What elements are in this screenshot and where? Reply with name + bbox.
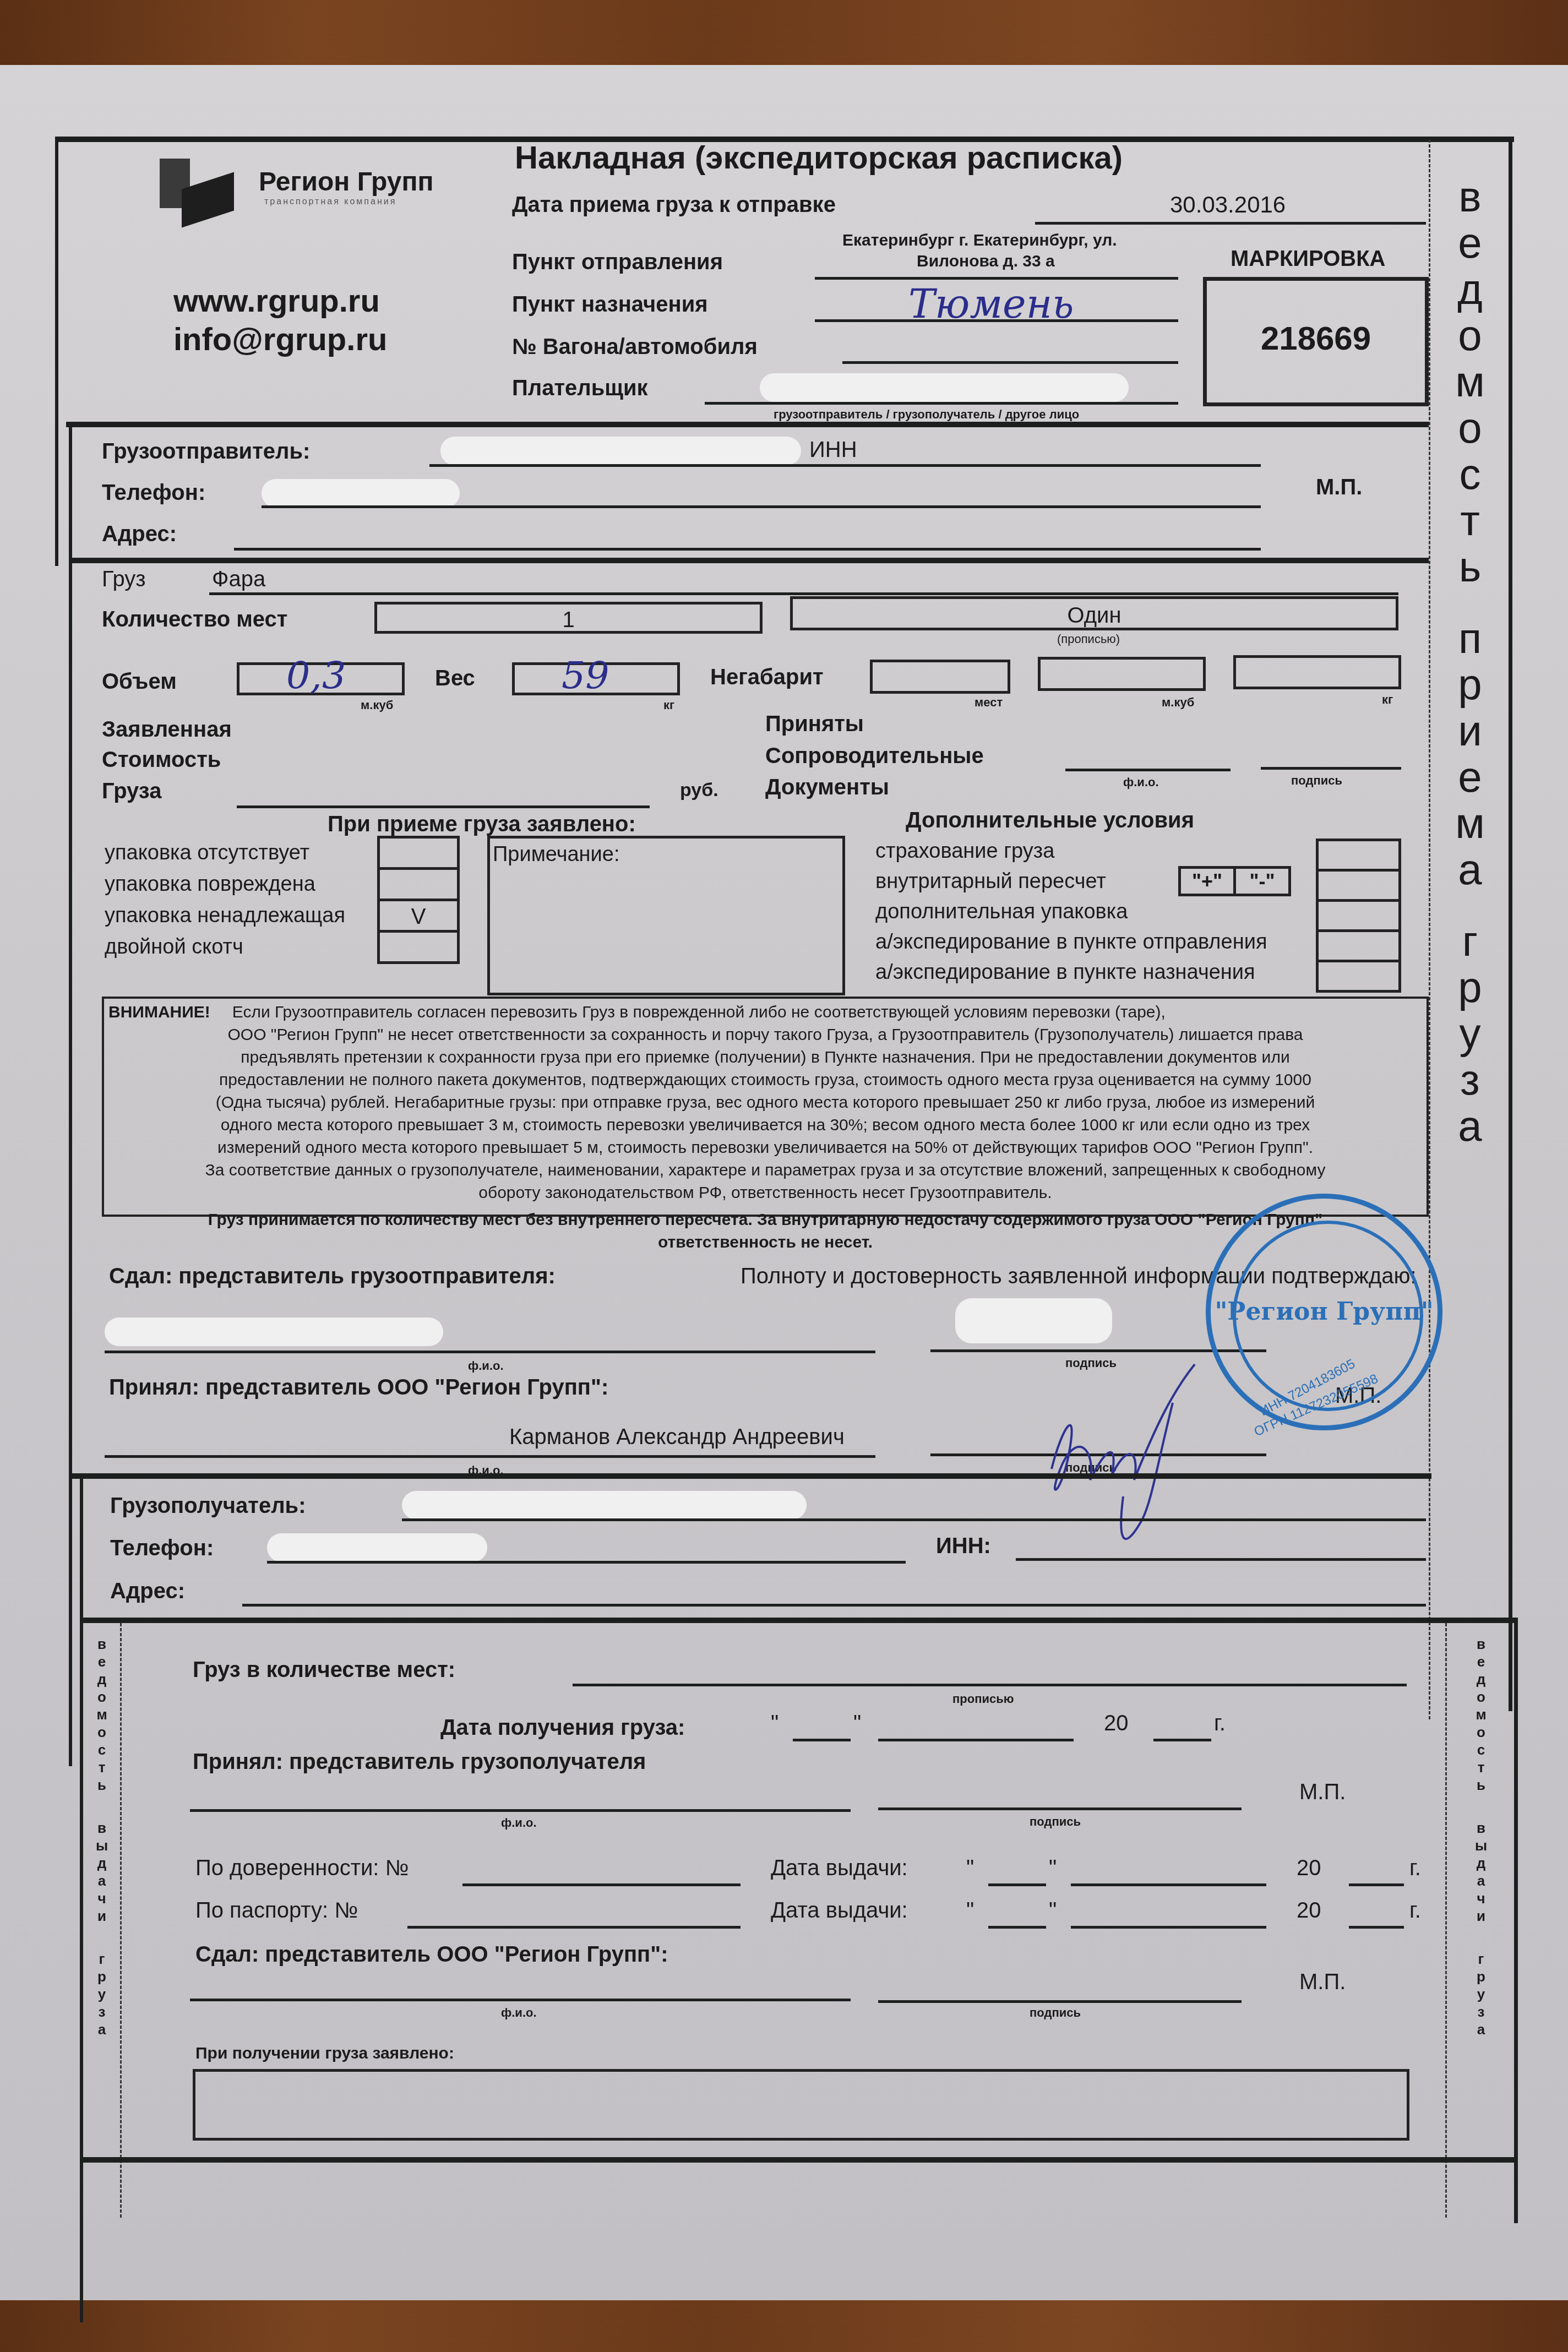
destination-label: Пункт назначения: [512, 292, 708, 317]
delivery-date-quote-close: ": [853, 1711, 861, 1736]
side-label-letter: е: [1477, 1654, 1485, 1669]
origin-value-line2: Вилонова д. 33 а: [917, 252, 1055, 271]
docs-fio-hint: ф.и.о.: [1123, 775, 1159, 790]
notice-bold-line: Груз принимается по количеству мест без …: [108, 1208, 1422, 1231]
issue-doc-label: По паспорту: №: [195, 1898, 358, 1923]
declared-value-label-2: Стоимость: [102, 748, 221, 772]
extra-item-checkbox[interactable]: [1316, 960, 1401, 993]
sender-inn-label: ИНН: [809, 438, 857, 462]
notice-line: ООО "Регион Групп" не несет ответственно…: [108, 1023, 1422, 1046]
marking-value: 218669: [1207, 319, 1425, 357]
oversize-unit-weight: кг: [1382, 693, 1393, 707]
extra-item-label: а/экспедирование в пункте отправления: [875, 930, 1267, 954]
side-label-letter: о: [1458, 314, 1482, 357]
side-label-letter: ь: [97, 1778, 106, 1792]
delivery-handed-sign-hint: подпись: [1030, 2006, 1081, 2020]
delivery-year-suffix: г.: [1214, 1711, 1226, 1736]
side-label-letter: д: [97, 1672, 107, 1686]
receiver-phone-redacted: [267, 1533, 487, 1562]
docs-signature-underline: [1261, 767, 1401, 770]
side-label-letter: ч: [97, 1891, 106, 1905]
tear-line-right: [1429, 139, 1430, 1719]
payer-underline: [705, 402, 1178, 405]
side-label-letter: в: [1477, 1637, 1485, 1651]
notice-line: одного места которого превышает 3 м, сто…: [108, 1114, 1422, 1136]
sender-address-underline: [234, 548, 1261, 551]
weight-value: 59: [562, 654, 609, 698]
oversize-unit-volume: м.куб: [1162, 695, 1194, 710]
notice-line: предоставлении не полного пакета докумен…: [108, 1069, 1422, 1091]
delivery-day-underline: [793, 1739, 851, 1741]
delivery-accepted-label: Принял: представитель грузополучателя: [193, 1750, 646, 1774]
delivery-handed-fio-hint: ф.и.о.: [501, 2006, 537, 2020]
issue-date-label: Дата выдачи:: [771, 1898, 908, 1923]
currency-label: руб.: [680, 780, 718, 801]
cargo-value: Фара: [212, 567, 265, 592]
side-label-letter: у: [98, 1987, 106, 2001]
notice-heading: ВНИМАНИЕ!: [108, 1003, 210, 1021]
delivery-month-underline: [878, 1739, 1074, 1741]
frame-right-lower: [1514, 1618, 1518, 2223]
issue-day-underline: [988, 1926, 1046, 1929]
side-label-letter: и: [97, 1909, 106, 1923]
cargo-underline: [209, 592, 1398, 595]
side-label-letter: о: [97, 1690, 106, 1704]
places-count-value: 1: [377, 608, 760, 633]
extra-item-checkbox[interactable]: [1316, 839, 1401, 872]
side-label-receipt: ведомостьприемагруза: [1440, 175, 1500, 1147]
side-label-letter: г: [1462, 919, 1478, 962]
side-label-letter: р: [1458, 966, 1482, 1009]
issue-year-prefix: 20: [1297, 1898, 1321, 1923]
issue-doc-label: По доверенности: №: [195, 1856, 409, 1881]
frame-bottom: [80, 2157, 1518, 2163]
extra-item-label: страхование груза: [875, 840, 1054, 863]
side-label-letter: ы: [96, 1838, 108, 1853]
issue-year-underline: [1349, 1883, 1404, 1886]
side-label-letter: у: [1477, 1987, 1485, 2001]
places-words-value: Один: [793, 603, 1396, 628]
side-label-letter: в: [97, 1637, 106, 1651]
stamp-center-text: "Регион Групп": [1211, 1298, 1438, 1326]
docs-signature-hint: подпись: [1291, 774, 1342, 788]
notice-line: предъявлять претензии к сохранности груз…: [108, 1046, 1422, 1069]
declared-item-checkbox[interactable]: V: [377, 899, 460, 933]
side-label-letter: а: [1458, 848, 1482, 891]
delivery-places-hint: прописью: [952, 1692, 1014, 1706]
extra-item-checkbox[interactable]: [1316, 869, 1401, 902]
side-label-letter: у: [1460, 1012, 1481, 1055]
side-label-letter: а: [98, 2022, 106, 2037]
side-label-letter: з: [1460, 1058, 1480, 1101]
side-label-letter: с: [98, 1743, 106, 1757]
side-label-letter: о: [97, 1725, 106, 1739]
weight-field[interactable]: 59: [512, 662, 680, 695]
declared-value-label-1: Заявленная: [102, 717, 232, 742]
notice-line: ВНИМАНИЕ!Если Грузоотправитель согласен …: [108, 1001, 1422, 1023]
volume-label: Объем: [102, 669, 177, 694]
side-label-letter: г: [99, 1952, 105, 1966]
side-label-issue-left: ведомостьвыдачигруза: [88, 1637, 116, 2037]
side-label-letter: з: [1478, 2005, 1485, 2019]
sender-stamp-place: М.П.: [1316, 475, 1362, 500]
declared-item-mark: V: [380, 905, 457, 929]
notice-line: (Одна тысяча) рублей. Негабаритные грузы…: [108, 1091, 1422, 1114]
delivery-accepted-fio-underline: [190, 1809, 851, 1812]
origin-underline: [815, 277, 1178, 280]
issue-doc-underline: [407, 1926, 741, 1929]
note-field[interactable]: Примечание:: [487, 836, 845, 995]
side-label-letter: р: [1477, 1969, 1485, 1984]
side-label-letter: р: [97, 1969, 106, 1984]
side-label-letter: е: [1458, 755, 1482, 798]
notice-text: ВНИМАНИЕ!Если Грузоотправитель согласен …: [108, 1001, 1422, 1254]
volume-unit: м.куб: [361, 698, 393, 712]
side-label-letter: т: [99, 1760, 106, 1774]
side-label-letter: т: [1478, 1760, 1485, 1774]
notice-line: обороту законодательством РФ, ответствен…: [108, 1182, 1422, 1204]
side-label-letter: с: [1460, 453, 1481, 496]
delivery-places-underline: [573, 1684, 1407, 1686]
places-count-field[interactable]: 1: [374, 602, 763, 634]
recount-plus: "+": [1181, 870, 1233, 893]
delivery-year-underline: [1153, 1739, 1211, 1741]
side-label-letter: е: [98, 1654, 106, 1669]
payer-label: Плательщик: [512, 376, 648, 401]
delivery-date-quote-open: ": [771, 1711, 778, 1736]
tear-line-left: [120, 1623, 122, 2218]
recount-minus-box[interactable]: "-": [1233, 866, 1291, 896]
issue-quote-close: ": [1049, 1856, 1057, 1881]
places-words-field[interactable]: Один: [790, 596, 1398, 630]
docs-fio-underline: [1065, 769, 1231, 771]
company-stamp: "Регион Групп" ИНН 7204183605 ОГРН 11272…: [1206, 1194, 1442, 1430]
side-label-letter: ы: [1475, 1838, 1487, 1853]
declared-item-label: упаковка отсутствует: [105, 841, 309, 865]
tear-line-right-lower: [1445, 1623, 1447, 2218]
extra-title: Дополнительные условия: [906, 808, 1194, 833]
delivery-handed-sign-underline: [878, 2000, 1242, 2003]
side-label-letter: а: [98, 1874, 106, 1888]
issue-quote-open: ": [966, 1898, 974, 1923]
issue-month-underline: [1071, 1926, 1266, 1929]
extra-item-label: внутритарный пересчет: [875, 870, 1106, 894]
side-label-letter: в: [97, 1821, 106, 1835]
sender-label: Грузоотправитель:: [102, 439, 310, 464]
receiver-inn-label: ИНН:: [936, 1534, 991, 1559]
issue-year-prefix: 20: [1297, 1856, 1321, 1881]
side-label-letter: ь: [1459, 545, 1482, 588]
receiver-address-underline: [242, 1604, 1426, 1607]
vehicle-underline: [842, 361, 1178, 364]
oversize-label: Негабарит: [710, 665, 824, 690]
declared-item-label: двойной скотч: [105, 935, 243, 959]
receiver-address-label: Адрес:: [110, 1579, 185, 1604]
logo-icon: [160, 159, 237, 225]
logo-name: Регион Групп: [259, 167, 433, 197]
sender-name-redacted: [440, 437, 801, 465]
receiver-inn-underline: [1016, 1558, 1426, 1561]
frame-right: [1509, 137, 1512, 1711]
frame-left-inner: [69, 423, 72, 1766]
extra-item-label: а/экспедирование в пункте назначения: [875, 961, 1255, 984]
weight-unit: кг: [663, 698, 674, 712]
date-label: Дата приема груза к отправке: [512, 193, 836, 217]
payer-redacted: [760, 373, 1129, 402]
delivery-accepted-sign-hint: подпись: [1030, 1815, 1081, 1829]
side-label-letter: в: [1477, 1821, 1485, 1835]
issue-day-underline: [988, 1883, 1046, 1886]
payer-hint: грузоотправитель / грузополучатель / дру…: [774, 407, 1079, 422]
page-title: Накладная (экспедиторская расписка): [515, 139, 1123, 176]
logo-subtitle: транспортная компания: [264, 197, 396, 207]
side-label-letter: а: [1458, 1104, 1482, 1147]
issue-quote-open: ": [966, 1856, 974, 1881]
side-label-letter: ч: [1477, 1891, 1485, 1905]
extra-item-checkbox[interactable]: [1316, 899, 1401, 932]
side-label-letter: и: [1477, 1909, 1485, 1923]
docs-label-2: Сопроводительные: [765, 744, 984, 769]
notice-line-text: Если Грузоотправитель согласен перевозит…: [232, 1003, 1166, 1021]
date-underline: [1035, 222, 1426, 225]
marking-box: 218669: [1203, 277, 1429, 406]
notice-line: измерений одного места которого превышае…: [108, 1136, 1422, 1159]
oversize-places-field[interactable]: [870, 660, 1010, 694]
divider-1: [66, 422, 1429, 427]
oversize-unit-places: мест: [974, 695, 1003, 710]
date-value: 30.03.2016: [1170, 192, 1286, 218]
delivery-declared-label: При получении груза заявлено:: [195, 2044, 454, 2063]
weight-label: Вес: [435, 666, 475, 691]
receiver-phone-underline: [267, 1561, 906, 1564]
side-label-letter: и: [1458, 709, 1482, 752]
declared-value-underline: [237, 805, 650, 808]
receiver-name-label: Грузополучатель:: [110, 1494, 306, 1518]
side-label-letter: т: [1460, 499, 1480, 542]
docs-label-1: Приняты: [765, 712, 864, 737]
sender-fio-hint: ф.и.о.: [468, 1359, 504, 1373]
receiver-rep-value: Карманов Александр Андреевич: [509, 1425, 845, 1450]
side-label-issue-right: ведомостьвыдачигруза: [1453, 1637, 1509, 2037]
destination-underline: [815, 319, 1178, 322]
docs-label-3: Документы: [765, 775, 889, 800]
note-label: Примечание:: [493, 843, 620, 867]
side-label-letter: п: [1458, 617, 1482, 660]
waybill-document: Регион Групп транспортная компания www.r…: [0, 65, 1568, 2300]
delivery-year-prefix: 20: [1104, 1711, 1129, 1736]
places-label: Количество мест: [102, 607, 287, 632]
sender-rep-redacted: [105, 1317, 443, 1346]
sender-underline: [429, 464, 1261, 467]
declared-title: При приеме груза заявлено:: [328, 812, 636, 837]
side-label-letter: м: [1476, 1707, 1486, 1722]
origin-value-line1: Екатеринбург г. Екатеринбург, ул.: [842, 231, 1117, 250]
divider-3: [69, 1473, 1431, 1479]
side-label-letter: о: [1458, 406, 1482, 449]
side-label-letter: д: [1477, 1856, 1486, 1870]
marking-label: МАРКИРОВКА: [1231, 247, 1386, 271]
side-label-letter: р: [1458, 663, 1482, 706]
receiver-rep-label: Принял: представитель ООО "Регион Групп"…: [109, 1375, 608, 1400]
receiver-name-underline: [402, 1518, 1426, 1521]
oversize-volume-field[interactable]: [1038, 657, 1206, 691]
email-link[interactable]: info@rgrup.ru: [173, 321, 387, 358]
notice-line: За соответствие данных о грузополучателе…: [108, 1159, 1422, 1182]
vehicle-label: № Вагона/автомобиля: [512, 335, 758, 360]
volume-value: 0,3: [286, 654, 346, 698]
declared-item-checkbox[interactable]: [377, 867, 460, 901]
cargo-label: Груз: [102, 567, 146, 592]
delivery-accepted-fio-hint: ф.и.о.: [501, 1816, 537, 1830]
delivery-stamp-place-2: М.П.: [1299, 1970, 1346, 1995]
issue-year-underline: [1349, 1926, 1404, 1929]
divider-4: [80, 1618, 1517, 1623]
side-label-letter: а: [1477, 1874, 1485, 1888]
sender-phone-redacted: [262, 479, 460, 508]
side-label-letter: д: [1477, 1672, 1486, 1686]
issue-month-underline: [1071, 1883, 1266, 1886]
side-label-letter: м: [1455, 360, 1485, 403]
side-label-letter: о: [1477, 1725, 1485, 1739]
side-label-letter: ь: [1477, 1778, 1485, 1792]
places-words-hint: (прописью): [1057, 632, 1120, 646]
delivery-accepted-sign-underline: [878, 1807, 1242, 1810]
sender-signature-redacted: [955, 1298, 1112, 1343]
side-label-letter: о: [1477, 1690, 1485, 1704]
side-label-letter: е: [1458, 221, 1482, 264]
delivery-places-label: Груз в количестве мест:: [193, 1658, 455, 1683]
delivery-handed-fio-underline: [190, 1999, 851, 2001]
extra-item-label: дополнительная упаковка: [875, 900, 1128, 924]
receiver-rep-underline: [105, 1455, 875, 1458]
website-link[interactable]: www.rgrup.ru: [173, 282, 380, 319]
side-label-letter: с: [1477, 1743, 1485, 1757]
declared-item-checkbox[interactable]: [377, 930, 460, 964]
receiver-phone-label: Телефон:: [110, 1536, 214, 1561]
side-label-letter: м: [96, 1707, 107, 1722]
sender-phone-label: Телефон:: [102, 481, 205, 505]
delivery-handed-label: Сдал: представитель ООО "Регион Групп":: [195, 1942, 668, 1967]
frame-left: [55, 137, 58, 566]
sender-rep-underline: [105, 1351, 875, 1353]
issue-doc-underline: [462, 1883, 741, 1886]
side-label-letter: м: [1455, 802, 1485, 845]
delivery-stamp-place-1: М.П.: [1299, 1780, 1346, 1805]
sender-phone-underline: [262, 505, 1261, 508]
divider-2: [69, 558, 1429, 563]
issue-year-suffix: г.: [1409, 1856, 1421, 1881]
delivery-date-label: Дата получения груза:: [440, 1716, 685, 1740]
issue-date-label: Дата выдачи:: [771, 1856, 908, 1881]
side-label-letter: г: [1478, 1952, 1484, 1966]
side-label-letter: д: [1457, 268, 1483, 311]
oversize-weight-field[interactable]: [1233, 655, 1401, 689]
receiver-name-redacted: [402, 1491, 807, 1520]
recount-minus: "-": [1236, 870, 1288, 893]
sender-address-label: Адрес:: [102, 522, 177, 547]
frame-left-lower: [80, 1474, 83, 2322]
extra-item-checkbox[interactable]: [1316, 929, 1401, 962]
sender-rep-label: Сдал: представитель грузоотправителя:: [109, 1264, 556, 1289]
origin-label: Пункт отправления: [512, 250, 723, 275]
side-label-letter: д: [97, 1856, 107, 1870]
volume-field[interactable]: 0,3: [237, 662, 405, 695]
declared-item-label: упаковка повреждена: [105, 873, 315, 896]
notice-box: ВНИМАНИЕ!Если Грузоотправитель согласен …: [102, 997, 1429, 1217]
issue-year-suffix: г.: [1409, 1898, 1421, 1923]
declared-value-label-3: Груза: [102, 779, 161, 804]
side-label-letter: а: [1477, 2022, 1485, 2037]
declared-item-label: упаковка ненадлежащая: [105, 904, 345, 928]
issue-quote-close: ": [1049, 1898, 1057, 1923]
declared-item-checkbox[interactable]: [377, 836, 460, 870]
recount-plus-box[interactable]: "+": [1178, 866, 1236, 896]
side-label-letter: з: [99, 2005, 106, 2019]
side-label-letter: в: [1458, 175, 1481, 218]
delivery-declared-field[interactable]: [193, 2069, 1409, 2141]
